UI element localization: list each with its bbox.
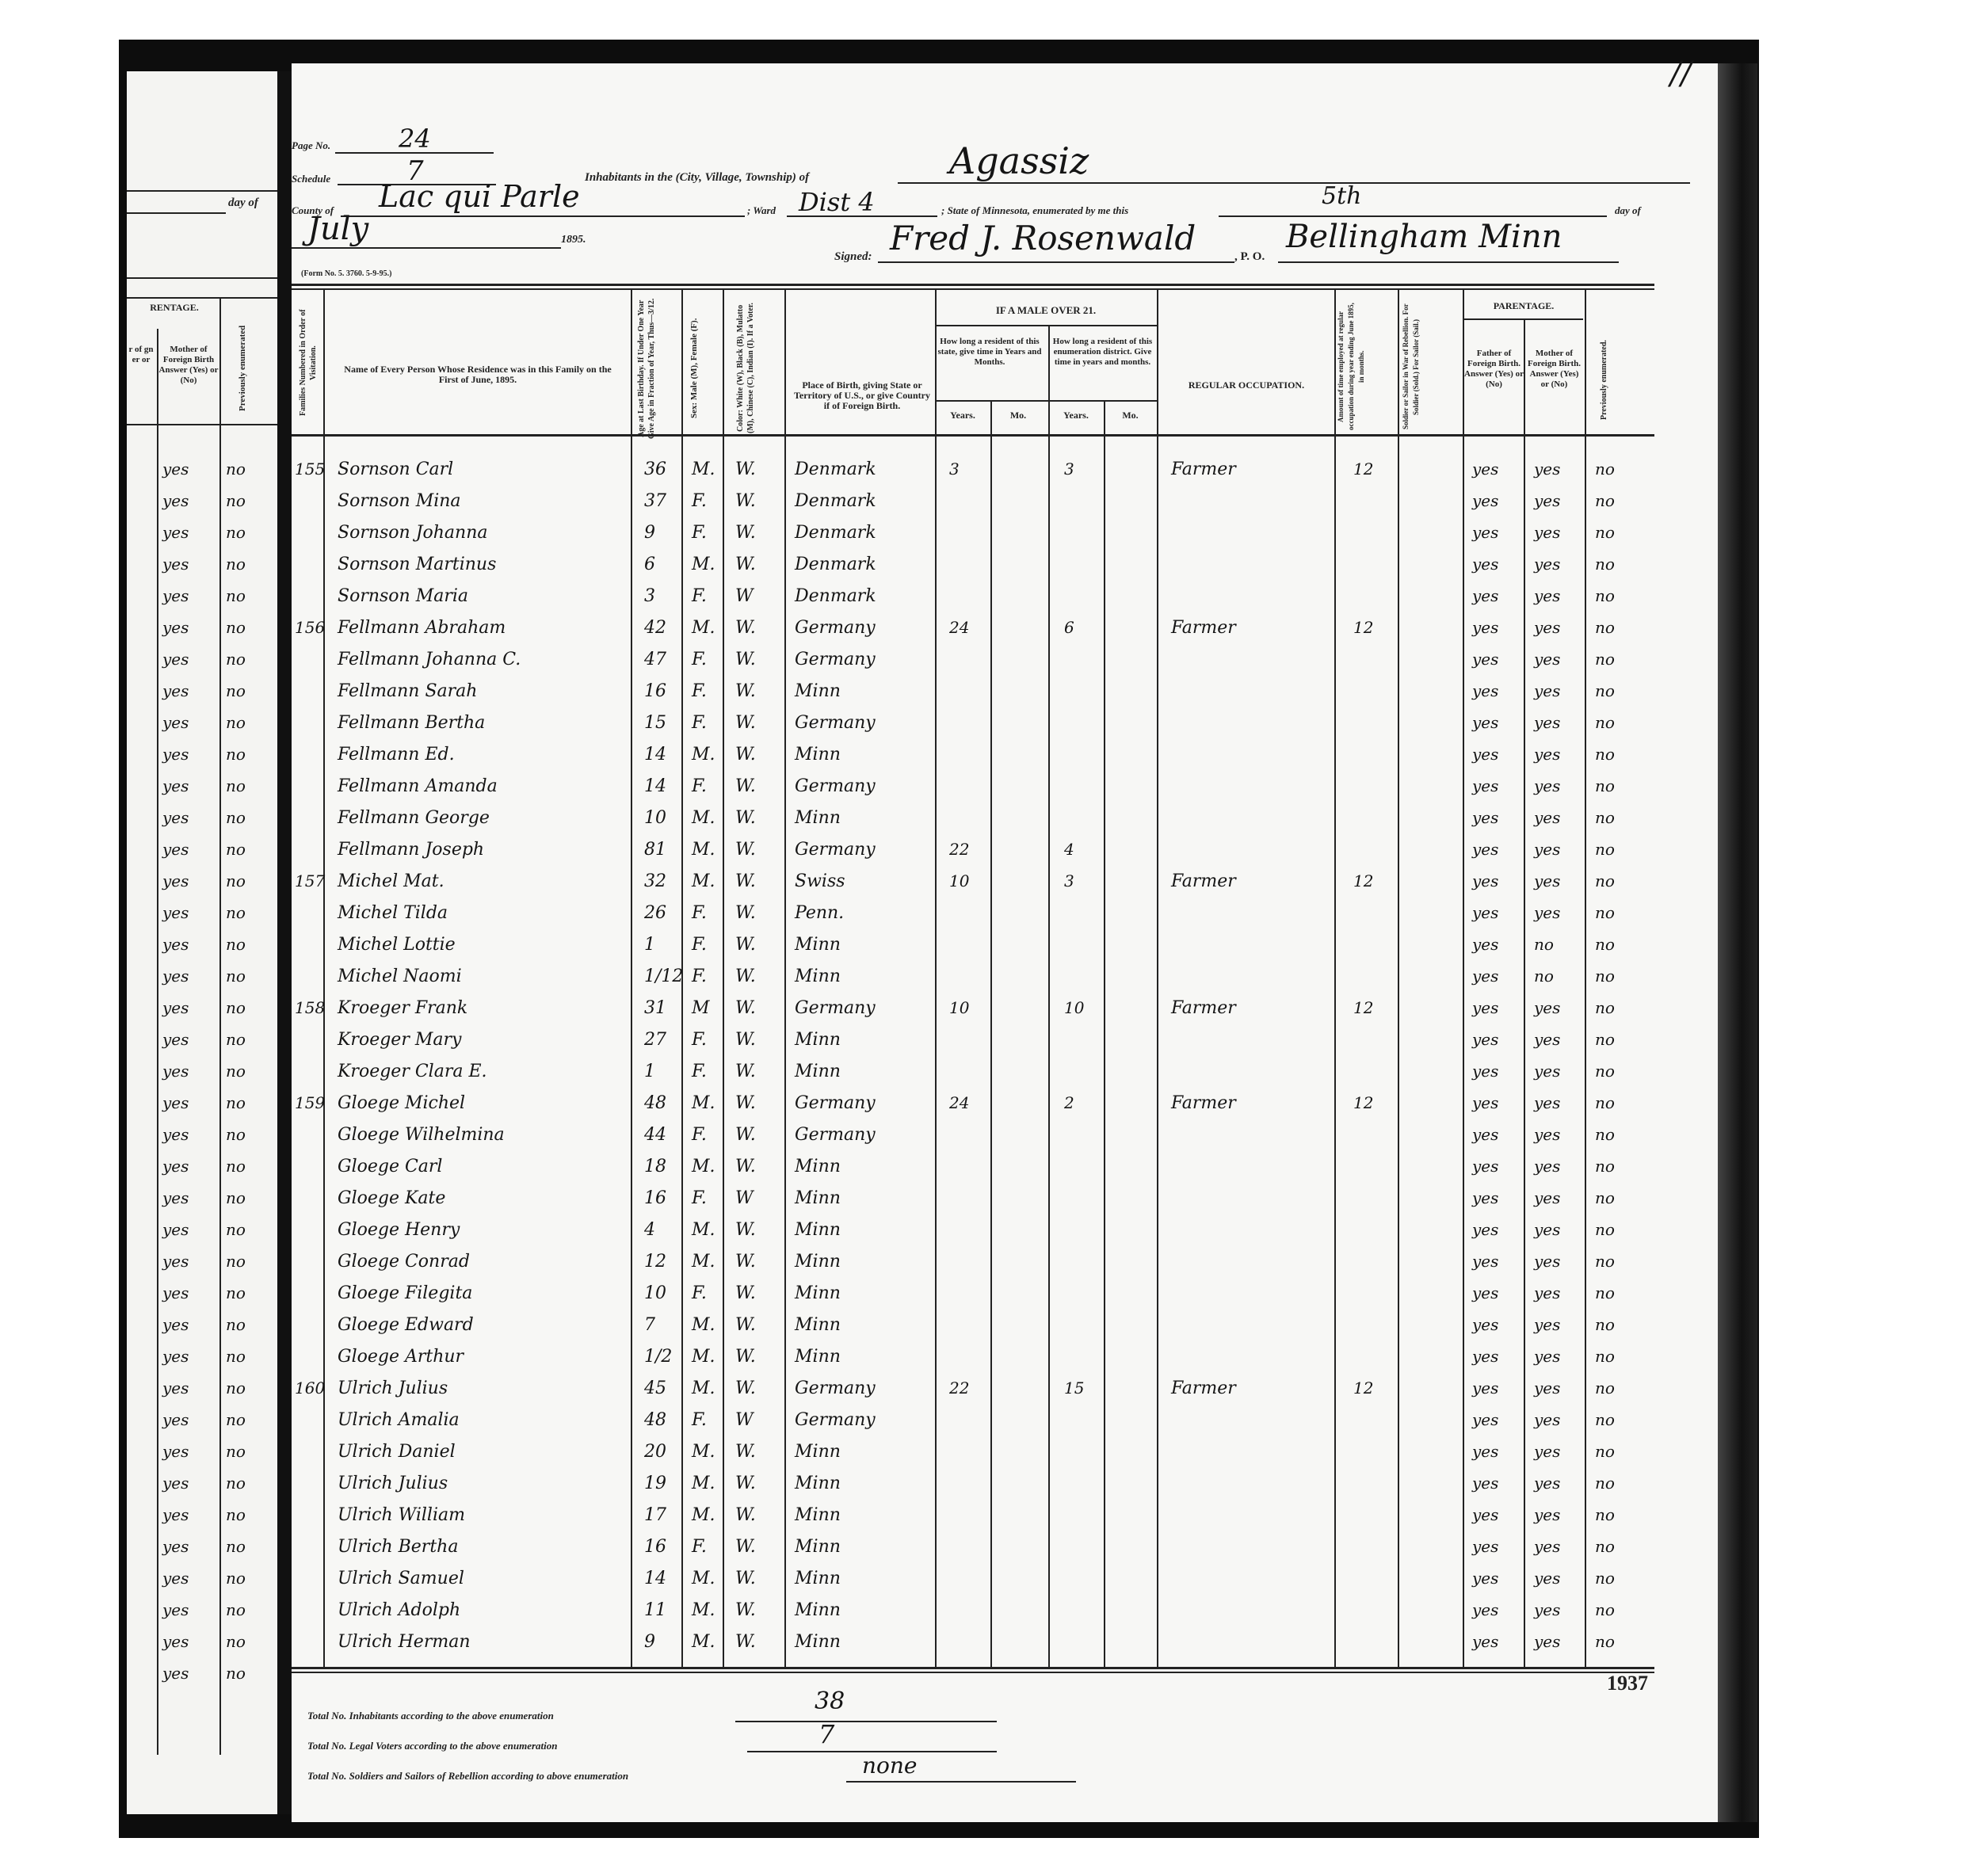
cell-left-mother-foreign-birth: yes bbox=[162, 1347, 189, 1366]
left-table-row: yesno bbox=[127, 618, 277, 642]
cell-sex: F. bbox=[692, 903, 707, 923]
col-district-years: Years. bbox=[1048, 410, 1104, 421]
cell-age: 1/12 bbox=[644, 967, 683, 986]
cell-father-foreign-birth: yes bbox=[1472, 650, 1498, 669]
cell-left-previously-enumerated: no bbox=[226, 1600, 246, 1619]
cell-father-foreign-birth: yes bbox=[1472, 1505, 1498, 1524]
cell-person-name: Ulrich Bertha bbox=[338, 1537, 458, 1557]
left-table-row: yesno bbox=[127, 459, 277, 483]
cell-father-foreign-birth: yes bbox=[1472, 1537, 1498, 1556]
cell-person-name: Michel Naomi bbox=[338, 967, 462, 986]
cell-left-previously-enumerated: no bbox=[226, 618, 246, 637]
cell-person-name: Ulrich Herman bbox=[338, 1632, 470, 1652]
cell-state-residence-years: 22 bbox=[949, 1378, 969, 1397]
left-table-row: yesno bbox=[127, 713, 277, 737]
cell-person-name: Gloege Conrad bbox=[338, 1252, 470, 1272]
cell-father-foreign-birth: yes bbox=[1472, 491, 1498, 510]
cell-color: W. bbox=[735, 1125, 756, 1145]
cell-age: 44 bbox=[644, 1125, 666, 1145]
cell-color: W. bbox=[735, 555, 756, 574]
cell-mother-foreign-birth: no bbox=[1534, 935, 1554, 954]
table-row: Fellmann Bertha15F.W.Germanyyesyesno bbox=[292, 713, 1654, 737]
cell-district-residence-years: 6 bbox=[1064, 618, 1074, 637]
cell-age: 36 bbox=[644, 459, 666, 479]
cell-left-mother-foreign-birth: yes bbox=[162, 903, 189, 922]
county-value: Lac qui Parle bbox=[379, 179, 580, 214]
left-table-row: yesno bbox=[127, 1474, 277, 1497]
cell-age: 12 bbox=[644, 1252, 666, 1272]
enumerator-signature: Fred J. Rosenwald bbox=[890, 219, 1196, 257]
cell-district-residence-years: 10 bbox=[1064, 998, 1084, 1017]
cell-mother-foreign-birth: yes bbox=[1534, 618, 1560, 637]
cell-color: W. bbox=[735, 903, 756, 923]
left-table-row: yesno bbox=[127, 935, 277, 959]
table-row: Sornson Martinus6M.W.Denmarkyesyesno bbox=[292, 555, 1654, 578]
cell-mother-foreign-birth: yes bbox=[1534, 555, 1560, 574]
cell-person-name: Gloege Henry bbox=[338, 1220, 460, 1240]
cell-father-foreign-birth: yes bbox=[1472, 1062, 1498, 1081]
cell-mother-foreign-birth: yes bbox=[1534, 1410, 1560, 1429]
cell-mother-foreign-birth: yes bbox=[1534, 903, 1560, 922]
cell-sex: M. bbox=[692, 1252, 715, 1272]
cell-left-previously-enumerated: no bbox=[226, 1030, 246, 1049]
state-label: ; State of Minnesota, enumerated by me t… bbox=[941, 204, 1128, 217]
cell-age: 14 bbox=[644, 1569, 666, 1588]
cell-person-name: Sornson Mina bbox=[338, 491, 461, 511]
page-no: 24 bbox=[399, 124, 431, 154]
cell-left-previously-enumerated: no bbox=[226, 903, 246, 922]
cell-color: W. bbox=[735, 1505, 756, 1525]
cell-age: 31 bbox=[644, 998, 666, 1018]
cell-previously-enumerated: no bbox=[1595, 650, 1615, 669]
cell-birthplace: Minn bbox=[795, 1347, 841, 1367]
cell-color: W. bbox=[735, 1252, 756, 1272]
cell-color: W. bbox=[735, 1093, 756, 1113]
cell-sex: M. bbox=[692, 1632, 715, 1652]
cell-color: W. bbox=[735, 459, 756, 479]
cell-family-number: 156 bbox=[295, 618, 325, 637]
cell-father-foreign-birth: yes bbox=[1472, 967, 1498, 986]
cell-previously-enumerated: no bbox=[1595, 1157, 1615, 1176]
cell-left-previously-enumerated: no bbox=[226, 1252, 246, 1271]
cell-left-previously-enumerated: no bbox=[226, 1632, 246, 1651]
table-row: Michel Tilda26F.W.Penn.yesyesno bbox=[292, 903, 1654, 927]
col-soldier: Soldier or Sailor in War of Rebellion. F… bbox=[1401, 299, 1456, 434]
cell-left-previously-enumerated: no bbox=[226, 1220, 246, 1239]
cell-person-name: Michel Lottie bbox=[338, 935, 456, 955]
cell-color: W. bbox=[735, 681, 756, 701]
cell-person-name: Kroeger Mary bbox=[338, 1030, 461, 1050]
cell-person-name: Sornson Johanna bbox=[338, 523, 488, 543]
cell-sex: M. bbox=[692, 1157, 715, 1176]
cell-person-name: Gloege Filegita bbox=[338, 1283, 472, 1303]
cell-age: 1 bbox=[644, 1062, 655, 1081]
cell-person-name: Fellmann Abraham bbox=[338, 618, 506, 638]
cell-left-previously-enumerated: no bbox=[226, 1347, 246, 1366]
table-row: Michel Naomi1/12F.W.Minnyesnono bbox=[292, 967, 1654, 990]
cell-color: W. bbox=[735, 1157, 756, 1176]
cell-left-mother-foreign-birth: yes bbox=[162, 1537, 189, 1556]
cell-father-foreign-birth: yes bbox=[1472, 745, 1498, 764]
form-number: (Form No. 5. 3760. 5-9-95.) bbox=[301, 269, 391, 278]
cell-birthplace: Minn bbox=[795, 935, 841, 955]
table-row: 159Gloege Michel48M.W.Germany242Farmer12… bbox=[292, 1093, 1654, 1117]
cell-sex: F. bbox=[692, 1030, 707, 1050]
table-row: Gloege Arthur1/2M.W.Minnyesyesno bbox=[292, 1347, 1654, 1371]
left-table-row: yesno bbox=[127, 555, 277, 578]
cell-district-residence-years: 3 bbox=[1064, 459, 1074, 479]
cell-father-foreign-birth: yes bbox=[1472, 1442, 1498, 1461]
cell-left-mother-foreign-birth: yes bbox=[162, 776, 189, 795]
cell-left-mother-foreign-birth: yes bbox=[162, 1664, 189, 1683]
cell-left-mother-foreign-birth: yes bbox=[162, 523, 189, 542]
cell-sex: F. bbox=[692, 1125, 707, 1145]
cell-age: 10 bbox=[644, 808, 666, 828]
table-row: Gloege Henry4M.W.Minnyesyesno bbox=[292, 1220, 1654, 1244]
cell-sex: M. bbox=[692, 1569, 715, 1588]
cell-mother-foreign-birth: no bbox=[1534, 967, 1554, 986]
cell-age: 37 bbox=[644, 491, 666, 511]
cell-person-name: Ulrich Adolph bbox=[338, 1600, 460, 1620]
cell-previously-enumerated: no bbox=[1595, 586, 1615, 605]
cell-mother-foreign-birth: yes bbox=[1534, 491, 1560, 510]
cell-age: 10 bbox=[644, 1283, 666, 1303]
cell-mother-foreign-birth: yes bbox=[1534, 1474, 1560, 1493]
cell-mother-foreign-birth: yes bbox=[1534, 871, 1560, 890]
cell-family-number: 157 bbox=[295, 871, 325, 890]
cell-sex: F. bbox=[692, 1537, 707, 1557]
left-table-row: yesno bbox=[127, 871, 277, 895]
cell-sex: M. bbox=[692, 1442, 715, 1462]
cell-age: 4 bbox=[644, 1220, 655, 1240]
cell-age: 14 bbox=[644, 745, 666, 765]
left-table-row: yesno bbox=[127, 1347, 277, 1371]
left-table-row: yesno bbox=[127, 1505, 277, 1529]
cell-color: W. bbox=[735, 935, 756, 955]
cell-left-mother-foreign-birth: yes bbox=[162, 745, 189, 764]
table-row: Ulrich Daniel20M.W.Minnyesyesno bbox=[292, 1442, 1654, 1466]
left-table-row: yesno bbox=[127, 903, 277, 927]
cell-occupation: Farmer bbox=[1171, 459, 1236, 479]
cell-previously-enumerated: no bbox=[1595, 1220, 1615, 1239]
po-label: , P. O. bbox=[1234, 250, 1265, 264]
cell-father-foreign-birth: yes bbox=[1472, 808, 1498, 827]
cell-birthplace: Penn. bbox=[795, 903, 844, 923]
cell-state-residence-years: 10 bbox=[949, 871, 969, 890]
cell-age: 11 bbox=[644, 1600, 666, 1620]
cell-left-mother-foreign-birth: yes bbox=[162, 713, 189, 732]
cell-person-name: Gloege Wilhelmina bbox=[338, 1125, 505, 1145]
cell-age: 9 bbox=[644, 523, 655, 543]
cell-person-name: Kroeger Clara E. bbox=[338, 1062, 487, 1081]
cell-previously-enumerated: no bbox=[1595, 523, 1615, 542]
cell-left-mother-foreign-birth: yes bbox=[162, 1157, 189, 1176]
schedule-label: Schedule bbox=[292, 173, 330, 185]
cell-mother-foreign-birth: yes bbox=[1534, 1125, 1560, 1144]
cell-birthplace: Minn bbox=[795, 1569, 841, 1588]
cell-mother-foreign-birth: yes bbox=[1534, 808, 1560, 827]
cell-father-foreign-birth: yes bbox=[1472, 1030, 1498, 1049]
cell-age: 48 bbox=[644, 1410, 666, 1430]
cell-color: W. bbox=[735, 713, 756, 733]
cell-birthplace: Minn bbox=[795, 1442, 841, 1462]
cell-left-previously-enumerated: no bbox=[226, 1093, 246, 1112]
cell-father-foreign-birth: yes bbox=[1472, 1474, 1498, 1493]
cell-sex: F. bbox=[692, 1188, 707, 1208]
left-table-row: yesno bbox=[127, 1157, 277, 1180]
left-table-row: yesno bbox=[127, 840, 277, 864]
table-row: Fellmann Joseph81M.W.Germany224yesyesno bbox=[292, 840, 1654, 864]
cell-months-employed: 12 bbox=[1353, 871, 1373, 890]
left-table-row: yesno bbox=[127, 1569, 277, 1592]
cell-left-mother-foreign-birth: yes bbox=[162, 491, 189, 510]
cell-left-previously-enumerated: no bbox=[226, 998, 246, 1017]
cell-age: 32 bbox=[644, 871, 666, 891]
cell-sex: F. bbox=[692, 1062, 707, 1081]
cell-sex: F. bbox=[692, 1283, 707, 1303]
cell-birthplace: Swiss bbox=[795, 871, 845, 891]
cell-father-foreign-birth: yes bbox=[1472, 1093, 1498, 1112]
cell-mother-foreign-birth: yes bbox=[1534, 840, 1560, 859]
total-inhabitants-label: Total No. Inhabitants according to the a… bbox=[307, 1710, 554, 1722]
cell-person-name: Gloege Arthur bbox=[338, 1347, 464, 1367]
col-father-foreign: Father of Foreign Birth. Answer (Yes) or… bbox=[1464, 349, 1524, 390]
cell-state-residence-years: 24 bbox=[949, 1093, 969, 1112]
table-row: Ulrich Bertha16F.W.Minnyesyesno bbox=[292, 1537, 1654, 1561]
cell-previously-enumerated: no bbox=[1595, 1600, 1615, 1619]
cell-left-mother-foreign-birth: yes bbox=[162, 650, 189, 669]
cell-father-foreign-birth: yes bbox=[1472, 523, 1498, 542]
cell-left-previously-enumerated: no bbox=[226, 1505, 246, 1524]
cell-sex: F. bbox=[692, 523, 707, 543]
cell-age: 26 bbox=[644, 903, 666, 923]
signed-label: Signed: bbox=[834, 250, 872, 264]
cell-age: 16 bbox=[644, 1537, 666, 1557]
cell-color: W. bbox=[735, 1220, 756, 1240]
cell-mother-foreign-birth: yes bbox=[1534, 1600, 1560, 1619]
cell-district-residence-years: 3 bbox=[1064, 871, 1074, 890]
cell-mother-foreign-birth: yes bbox=[1534, 681, 1560, 700]
cell-father-foreign-birth: yes bbox=[1472, 1410, 1498, 1429]
cell-left-mother-foreign-birth: yes bbox=[162, 1283, 189, 1302]
table-row: 156Fellmann Abraham42M.W.Germany246Farme… bbox=[292, 618, 1654, 642]
cell-birthplace: Germany bbox=[795, 1410, 876, 1430]
left-previously-label: Previously enumerated bbox=[238, 325, 248, 412]
cell-previously-enumerated: no bbox=[1595, 713, 1615, 732]
left-table-row: yesno bbox=[127, 586, 277, 610]
cell-person-name: Gloege Michel bbox=[338, 1093, 465, 1113]
cell-mother-foreign-birth: yes bbox=[1534, 1188, 1560, 1207]
col-name: Name of Every Person Whose Residence was… bbox=[339, 364, 616, 385]
cell-previously-enumerated: no bbox=[1595, 967, 1615, 986]
corner-mark: // bbox=[1670, 55, 1692, 92]
left-page: day of RENTAGE. r of gn er or Mother of … bbox=[127, 71, 277, 1814]
cell-father-foreign-birth: yes bbox=[1472, 1378, 1498, 1397]
cell-sex: M. bbox=[692, 808, 715, 828]
left-table-row: yesno bbox=[127, 1315, 277, 1339]
cell-sex: F. bbox=[692, 586, 707, 606]
cell-sex: M. bbox=[692, 871, 715, 891]
cell-color: W. bbox=[735, 1347, 756, 1367]
cell-person-name: Gloege Carl bbox=[338, 1157, 442, 1176]
cell-age: 14 bbox=[644, 776, 666, 796]
cell-color: W. bbox=[735, 776, 756, 796]
cell-left-previously-enumerated: no bbox=[226, 459, 246, 479]
cell-father-foreign-birth: yes bbox=[1472, 713, 1498, 732]
cell-mother-foreign-birth: yes bbox=[1534, 1315, 1560, 1334]
cell-sex: F. bbox=[692, 776, 707, 796]
total-voters: 7 bbox=[818, 1719, 834, 1749]
cell-color: W bbox=[735, 1410, 754, 1430]
cell-left-previously-enumerated: no bbox=[226, 1442, 246, 1461]
table-row: Ulrich Julius19M.W.Minnyesyesno bbox=[292, 1474, 1654, 1497]
cell-previously-enumerated: no bbox=[1595, 871, 1615, 890]
cell-previously-enumerated: no bbox=[1595, 1505, 1615, 1524]
left-table-row: yesno bbox=[127, 650, 277, 673]
cell-person-name: Sornson Martinus bbox=[338, 555, 496, 574]
cell-age: 1/2 bbox=[644, 1347, 672, 1367]
cell-left-previously-enumerated: no bbox=[226, 1062, 246, 1081]
cell-age: 16 bbox=[644, 681, 666, 701]
left-table-row: yesno bbox=[127, 491, 277, 515]
cell-birthplace: Minn bbox=[795, 1537, 841, 1557]
cell-sex: M. bbox=[692, 1505, 715, 1525]
cell-previously-enumerated: no bbox=[1595, 903, 1615, 922]
cell-father-foreign-birth: yes bbox=[1472, 1632, 1498, 1651]
left-table-row: yesno bbox=[127, 1537, 277, 1561]
cell-father-foreign-birth: yes bbox=[1472, 998, 1498, 1017]
cell-birthplace: Germany bbox=[795, 618, 876, 638]
total-soldiers: none bbox=[862, 1752, 918, 1779]
left-table-row: yesno bbox=[127, 967, 277, 990]
cell-color: W. bbox=[735, 618, 756, 638]
col-district-months: Mo. bbox=[1104, 410, 1157, 421]
table-row: Fellmann Ed.14M.W.Minnyesyesno bbox=[292, 745, 1654, 768]
cell-birthplace: Germany bbox=[795, 998, 876, 1018]
left-day-of-label: day of bbox=[228, 196, 258, 210]
cell-left-previously-enumerated: no bbox=[226, 1157, 246, 1176]
cell-previously-enumerated: no bbox=[1595, 618, 1615, 637]
cell-birthplace: Germany bbox=[795, 776, 876, 796]
cell-person-name: Gloege Edward bbox=[338, 1315, 474, 1335]
table-row: 160Ulrich Julius45M.W.Germany2215Farmer1… bbox=[292, 1378, 1654, 1402]
cell-occupation: Farmer bbox=[1171, 998, 1236, 1018]
census-page: // Page No. 24 Schedule 7 Inhabitants in… bbox=[292, 63, 1718, 1822]
cell-age: 81 bbox=[644, 840, 666, 860]
cell-father-foreign-birth: yes bbox=[1472, 459, 1498, 479]
cell-mother-foreign-birth: yes bbox=[1534, 1378, 1560, 1397]
left-table-row: yesno bbox=[127, 1252, 277, 1275]
cell-sex: F. bbox=[692, 935, 707, 955]
cell-color: W. bbox=[735, 1442, 756, 1462]
cell-months-employed: 12 bbox=[1353, 459, 1373, 479]
cell-birthplace: Denmark bbox=[795, 555, 876, 574]
cell-sex: F. bbox=[692, 650, 707, 669]
cell-left-previously-enumerated: no bbox=[226, 1474, 246, 1493]
cell-left-previously-enumerated: no bbox=[226, 491, 246, 510]
cell-birthplace: Germany bbox=[795, 713, 876, 733]
cell-color: W. bbox=[735, 1315, 756, 1335]
page-gutter bbox=[277, 71, 292, 1814]
cell-left-mother-foreign-birth: yes bbox=[162, 1378, 189, 1397]
cell-previously-enumerated: no bbox=[1595, 1474, 1615, 1493]
cell-father-foreign-birth: yes bbox=[1472, 1347, 1498, 1366]
cell-previously-enumerated: no bbox=[1595, 935, 1615, 954]
table-row: Fellmann Amanda14F.W.Germanyyesyesno bbox=[292, 776, 1654, 800]
cell-state-residence-years: 24 bbox=[949, 618, 969, 637]
cell-mother-foreign-birth: yes bbox=[1534, 523, 1560, 542]
cell-left-mother-foreign-birth: yes bbox=[162, 555, 189, 574]
cell-birthplace: Minn bbox=[795, 1188, 841, 1208]
cell-mother-foreign-birth: yes bbox=[1534, 1442, 1560, 1461]
cell-father-foreign-birth: yes bbox=[1472, 618, 1498, 637]
cell-color: W bbox=[735, 1188, 754, 1208]
cell-age: 17 bbox=[644, 1505, 666, 1525]
col-previously: Previously enumerated. bbox=[1599, 333, 1609, 428]
cell-left-mother-foreign-birth: yes bbox=[162, 1093, 189, 1112]
cell-person-name: Fellmann Amanda bbox=[338, 776, 498, 796]
cell-left-mother-foreign-birth: yes bbox=[162, 1062, 189, 1081]
cell-birthplace: Minn bbox=[795, 1600, 841, 1620]
cell-color: W. bbox=[735, 1378, 756, 1398]
cell-person-name: Fellmann George bbox=[338, 808, 490, 828]
cell-birthplace: Minn bbox=[795, 1505, 841, 1525]
left-table-row: yesno bbox=[127, 998, 277, 1022]
cell-occupation: Farmer bbox=[1171, 1378, 1236, 1398]
cell-occupation: Farmer bbox=[1171, 618, 1236, 638]
cell-birthplace: Minn bbox=[795, 1062, 841, 1081]
table-row: Ulrich Amalia48F.WGermanyyesyesno bbox=[292, 1410, 1654, 1434]
cell-sex: M. bbox=[692, 555, 715, 574]
cell-sex: M bbox=[692, 998, 710, 1018]
cell-birthplace: Germany bbox=[795, 1125, 876, 1145]
cell-color: W. bbox=[735, 745, 756, 765]
cell-color: W. bbox=[735, 1569, 756, 1588]
cell-left-mother-foreign-birth: yes bbox=[162, 1410, 189, 1429]
cell-left-previously-enumerated: no bbox=[226, 808, 246, 827]
col-parentage: PARENTAGE. bbox=[1464, 301, 1583, 311]
cell-mother-foreign-birth: yes bbox=[1534, 776, 1560, 795]
cell-previously-enumerated: no bbox=[1595, 840, 1615, 859]
left-mother-label: Mother of Foreign Birth Answer (Yes) or … bbox=[158, 345, 219, 386]
col-res-state: How long a resident of this state, give … bbox=[935, 337, 1044, 368]
cell-left-previously-enumerated: no bbox=[226, 650, 246, 669]
cell-person-name: Fellmann Joseph bbox=[338, 840, 484, 860]
cell-age: 3 bbox=[644, 586, 655, 606]
cell-color: W. bbox=[735, 1632, 756, 1652]
cell-birthplace: Minn bbox=[795, 1632, 841, 1652]
cell-mother-foreign-birth: yes bbox=[1534, 998, 1560, 1017]
cell-father-foreign-birth: yes bbox=[1472, 1252, 1498, 1271]
cell-left-mother-foreign-birth: yes bbox=[162, 1474, 189, 1493]
cell-left-mother-foreign-birth: yes bbox=[162, 586, 189, 605]
cell-left-mother-foreign-birth: yes bbox=[162, 871, 189, 890]
cell-months-employed: 12 bbox=[1353, 998, 1373, 1017]
cell-birthplace: Minn bbox=[795, 1220, 841, 1240]
col-color: Color: White (W), Black (B), Mulatto (M)… bbox=[735, 297, 756, 440]
cell-mother-foreign-birth: yes bbox=[1534, 1632, 1560, 1651]
col-family-no: Families Numbered in Order of Visitation… bbox=[298, 299, 319, 426]
cell-father-foreign-birth: yes bbox=[1472, 1188, 1498, 1207]
cell-mother-foreign-birth: yes bbox=[1534, 745, 1560, 764]
cell-person-name: Sornson Maria bbox=[338, 586, 468, 606]
left-table-row: yesno bbox=[127, 1125, 277, 1149]
cell-mother-foreign-birth: yes bbox=[1534, 1505, 1560, 1524]
cell-mother-foreign-birth: yes bbox=[1534, 1093, 1560, 1112]
table-row: Gloege Wilhelmina44F.W.Germanyyesyesno bbox=[292, 1125, 1654, 1149]
cell-previously-enumerated: no bbox=[1595, 776, 1615, 795]
cell-mother-foreign-birth: yes bbox=[1534, 1030, 1560, 1049]
